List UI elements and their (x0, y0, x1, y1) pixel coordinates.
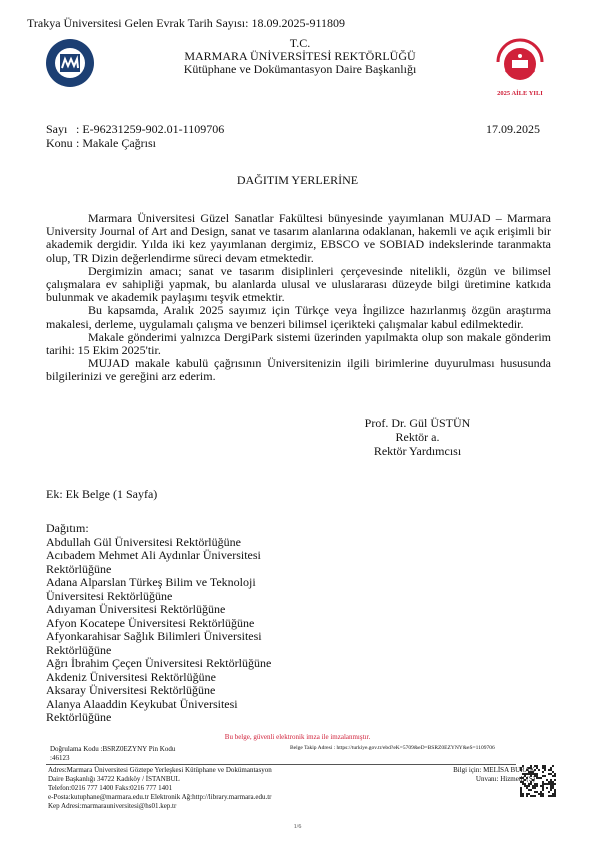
tracking-address[interactable]: Belge Takip Adresi : https://turkiye.gov… (290, 745, 495, 751)
konu-label: Konu (46, 136, 76, 150)
signatory-title: Rektör a. (355, 430, 480, 444)
contact-address: Adres:Marmara Üniversitesi Göztepe Yerle… (48, 766, 348, 811)
paragraph: Makale gönderimi yalnızca DergiPark sist… (46, 331, 551, 357)
distribution-item: Rektörlüğüne (46, 711, 271, 725)
recipient-heading: DAĞITIM YERLERİNE (0, 173, 595, 188)
distribution-item: Afyonkarahisar Sağlık Bilimleri Üniversi… (46, 630, 271, 644)
verification-code: Doğrulama Kodu :BSRZ0EZYNY Pin Kodu :461… (50, 745, 250, 763)
konu-value: : Makale Çağrısı (76, 136, 156, 150)
attachment-note: Ek: Ek Belge (1 Sayfa) (46, 487, 157, 502)
qr-code-icon (520, 765, 556, 797)
address-line: Daire Başkanlığı 34722 Kadıköy / İSTANBU… (48, 775, 348, 784)
marmara-university-seal-icon (45, 38, 95, 88)
document-date: 17.09.2025 (486, 122, 540, 137)
signatory-role: Rektör Yardımcısı (355, 444, 480, 458)
distribution-item: Abdullah Gül Üniversitesi Rektörlüğüne (46, 536, 271, 550)
letterhead-department: Kütüphane ve Dokümantasyon Daire Başkanl… (150, 63, 450, 76)
address-line: Adres:Marmara Üniversitesi Göztepe Yerle… (48, 766, 348, 775)
document-meta: Sayı: E-96231259-902.01-1109706 Konu: Ma… (46, 122, 224, 150)
paragraph: Dergimizin amacı; sanat ve tasarım disip… (46, 265, 551, 305)
distribution-item: Aksaray Üniversitesi Rektörlüğüne (46, 684, 271, 698)
distribution-item: Ağrı İbrahim Çeçen Üniversitesi Rektörlü… (46, 657, 271, 671)
letter-body: Marmara Üniversitesi Güzel Sanatlar Fakü… (46, 212, 551, 384)
sayi-value: : E-96231259-902.01-1109706 (76, 122, 224, 136)
paragraph: MUJAD makale kabulü çağrısının Üniversit… (46, 357, 551, 383)
paragraph: Marmara Üniversitesi Güzel Sanatlar Fakü… (46, 212, 551, 265)
family-year-emblem-icon: 2025 AİLE YILI (490, 36, 550, 98)
distribution-item: Üniversitesi Rektörlüğüne (46, 590, 271, 604)
signatory-name: Prof. Dr. Gül ÜSTÜN (355, 416, 480, 430)
letterhead: T.C. MARMARA ÜNİVERSİTESİ REKTÖRLÜĞÜ Küt… (150, 37, 450, 76)
signature-block: Prof. Dr. Gül ÜSTÜN Rektör a. Rektör Yar… (355, 416, 480, 458)
address-line: Telefon:0216 777 1400 Faks:0216 777 1401 (48, 784, 348, 793)
footer-divider (46, 764, 516, 765)
incoming-document-stamp: Trakya Üniversitesi Gelen Evrak Tarih Sa… (27, 16, 345, 31)
distribution-item: Afyon Kocatepe Üniversitesi Rektörlüğüne (46, 617, 271, 631)
paragraph: Bu kapsamda, Aralık 2025 sayımız için Tü… (46, 304, 551, 330)
distribution-item: Akdeniz Üniversitesi Rektörlüğüne (46, 671, 271, 685)
sayi-label: Sayı (46, 122, 76, 136)
address-line: e-Posta:kutuphane@marmara.edu.tr Elektro… (48, 793, 348, 802)
distribution-item: Alanya Alaaddin Keykubat Üniversitesi (46, 698, 271, 712)
distribution-list: Dağıtım: Abdullah Gül Üniversitesi Rektö… (46, 522, 271, 725)
distribution-item: Acıbadem Mehmet Ali Aydınlar Üniversites… (46, 549, 271, 563)
distribution-item: Rektörlüğüne (46, 644, 271, 658)
distribution-label: Dağıtım: (46, 522, 271, 536)
distribution-item: Rektörlüğüne (46, 563, 271, 577)
contact-person: Bilgi için: MELİSA BURAK Unvanı: Hizmetl… (420, 766, 535, 784)
svg-text:2025 AİLE YILI: 2025 AİLE YILI (497, 90, 543, 97)
distribution-item: Adana Alparslan Türkeş Bilim ve Teknoloj… (46, 576, 271, 590)
page-number: 1/6 (0, 824, 595, 830)
e-signature-note: Bu belge, güvenli elektronik imza ile im… (0, 733, 595, 741)
distribution-item: Adıyaman Üniversitesi Rektörlüğüne (46, 603, 271, 617)
address-line: Kep Adresi:marmarauniversitesi@hs01.kep.… (48, 802, 348, 811)
